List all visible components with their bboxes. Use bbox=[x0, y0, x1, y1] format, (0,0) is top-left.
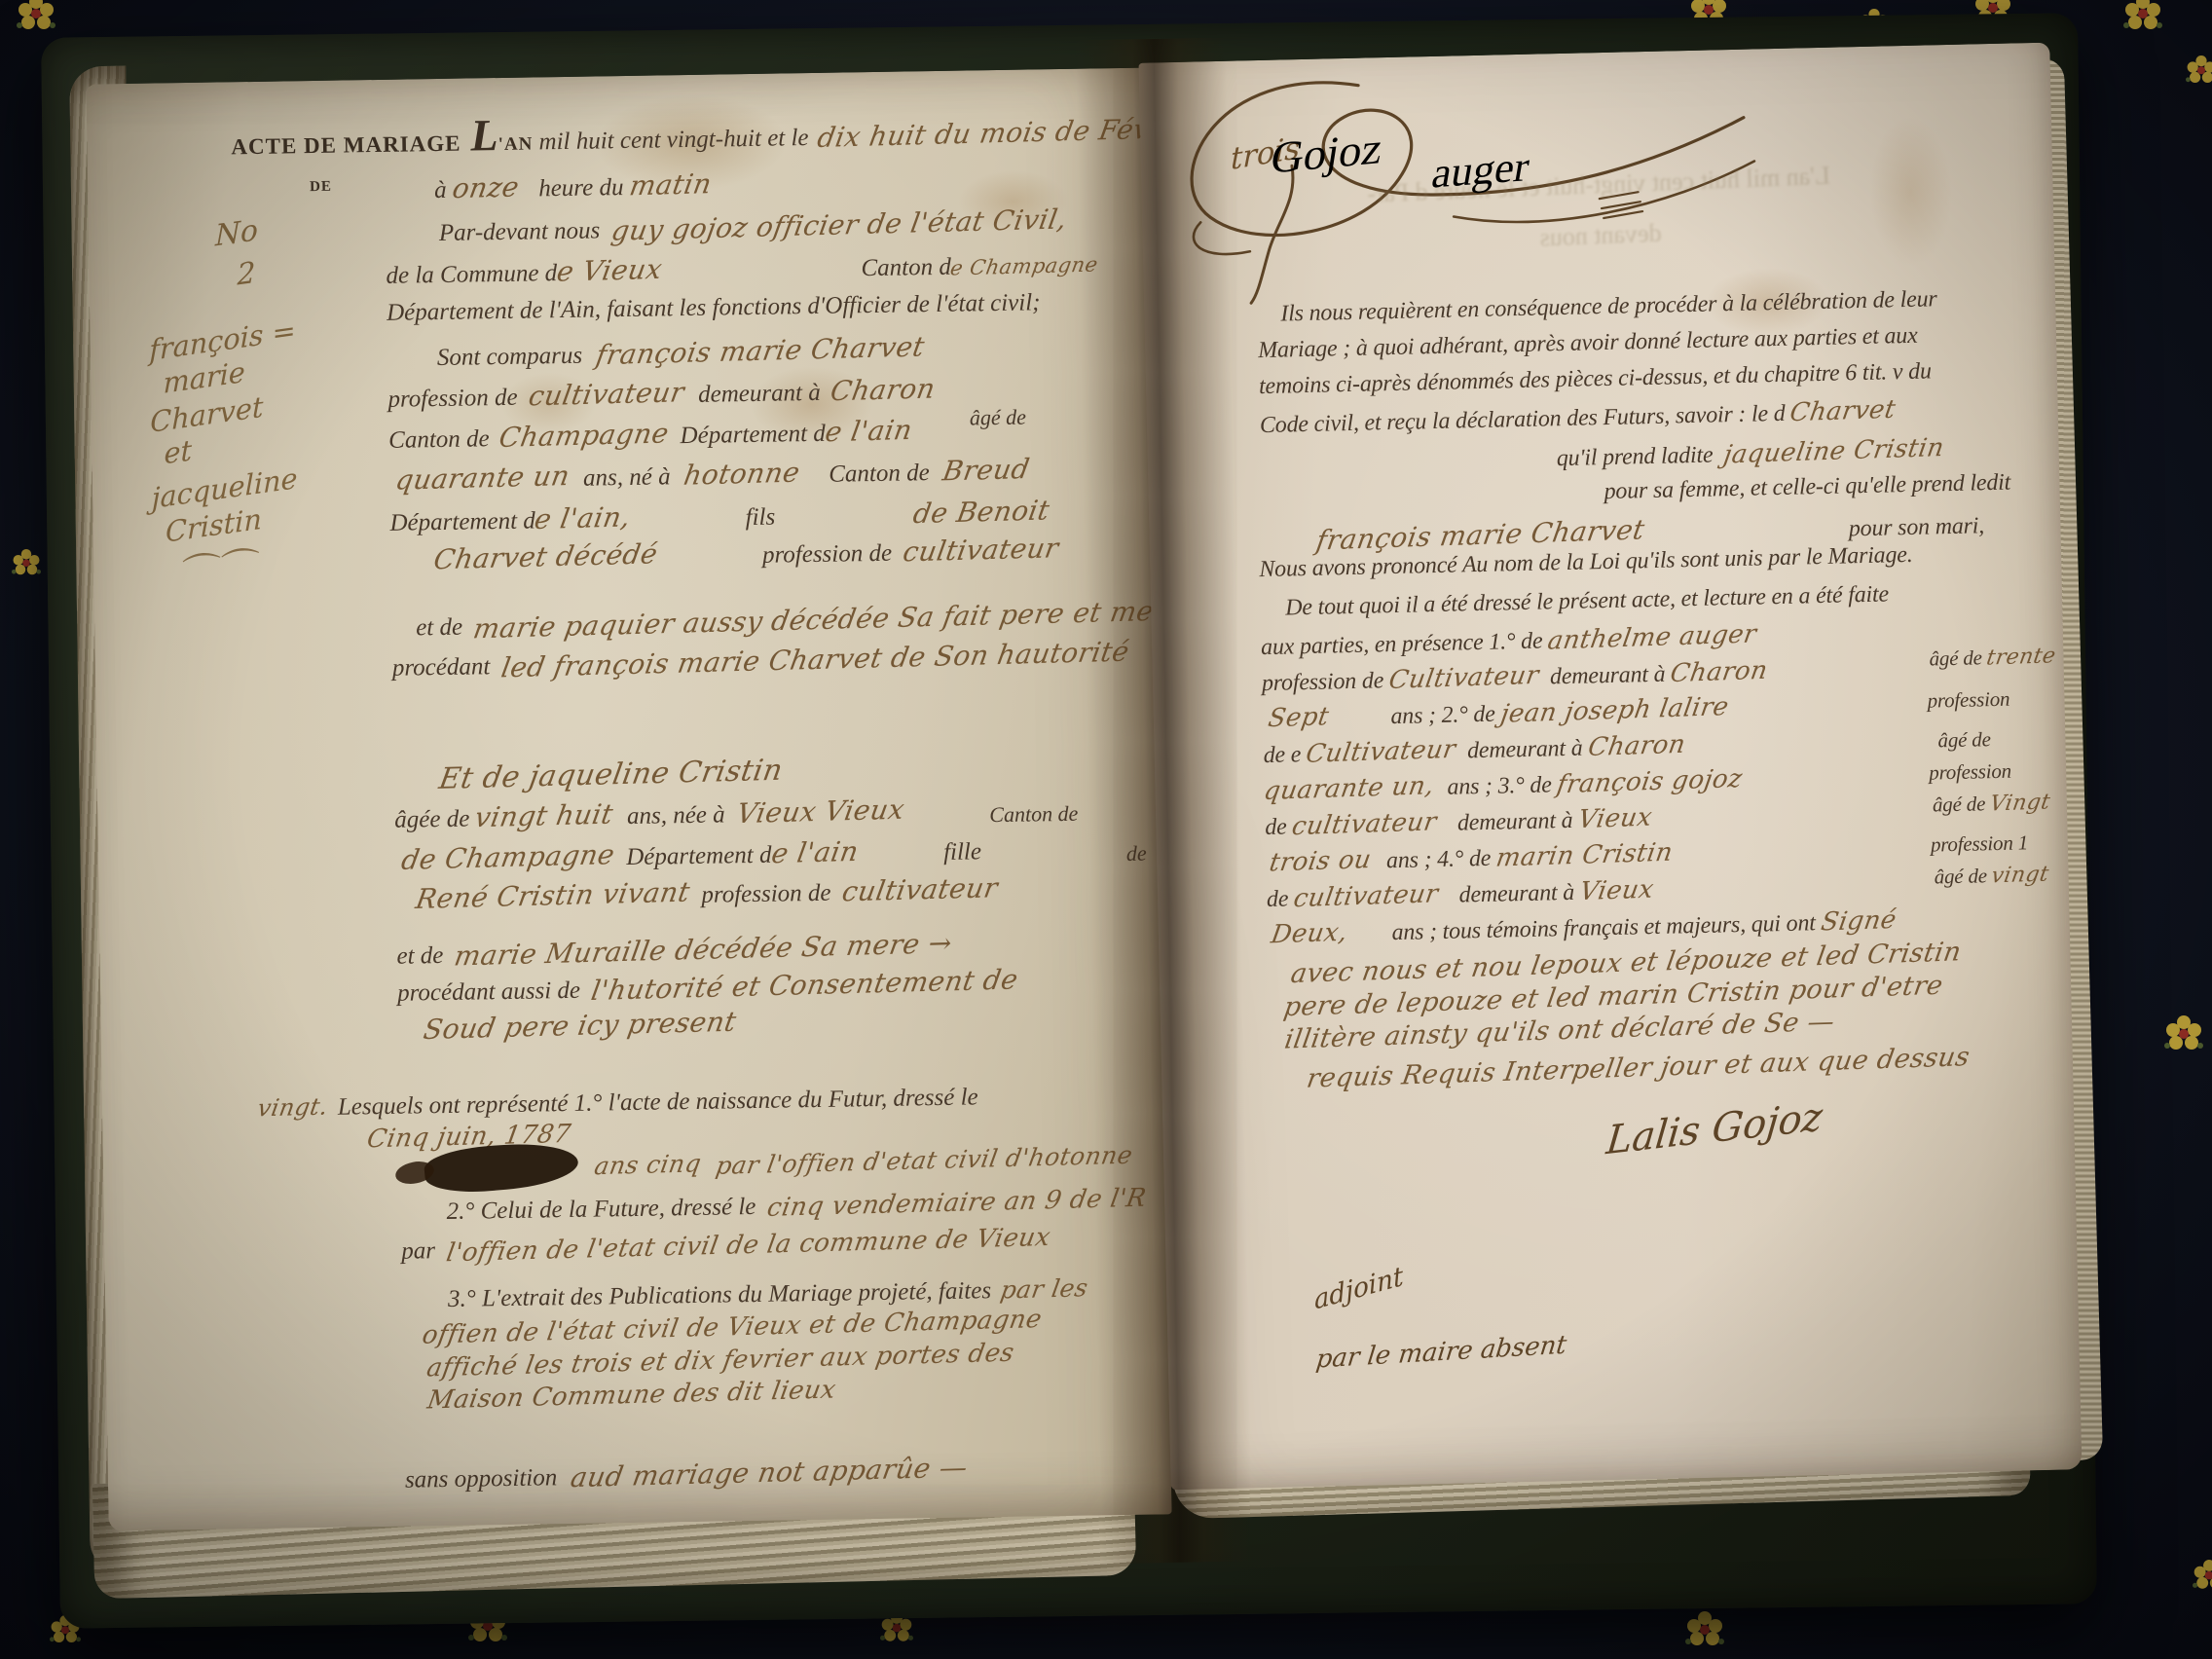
text-line: trois ou ans ; 4.° de marin Cristin bbox=[1270, 839, 1673, 877]
printed-text: Mariage ; à quoi adhérant, après avoir d… bbox=[1258, 323, 1918, 363]
text-line: et de marie Muraille décédée Sa mere → bbox=[396, 930, 951, 971]
photo-of-marriage-register: ACTE DE MARIAGEL'AN mil huit cent vingt-… bbox=[0, 0, 2212, 1659]
printed-text: profession bbox=[1927, 687, 2009, 713]
handwritten-text: matin bbox=[627, 167, 714, 202]
printed-text: demeurant à bbox=[692, 380, 828, 408]
text-line: âgé de bbox=[1937, 727, 1991, 753]
text-line: profession de cultivateur demeurant à Ch… bbox=[387, 373, 935, 414]
text-line: Maison Commune des dit lieux bbox=[427, 1378, 835, 1414]
text-line: Charvet décédéprofession de cultivateur bbox=[434, 533, 1059, 574]
handwritten-text: cultivateur bbox=[901, 532, 1061, 568]
margin-flourish: ⌒⌒ bbox=[180, 535, 264, 600]
text-line: de bbox=[1126, 841, 1147, 866]
printed-text: demeurant à bbox=[1448, 880, 1580, 908]
printed-text: Code civil, et reçu la déclaration des F… bbox=[1260, 401, 1791, 438]
handwritten-text: Breud bbox=[940, 453, 1032, 487]
handwritten-text: Charon bbox=[1586, 730, 1687, 762]
handwritten-text: Signé bbox=[1819, 905, 1899, 938]
printed-text: de bbox=[1126, 841, 1147, 866]
handwritten-text: ans cinq bbox=[592, 1149, 703, 1180]
printed-text: aux parties, en présence 1.° de bbox=[1261, 628, 1549, 660]
printed-text: Département d bbox=[620, 842, 772, 870]
printed-text: Canton d bbox=[861, 254, 951, 281]
printed-text: profession de bbox=[762, 540, 899, 569]
printed-text: L bbox=[470, 110, 498, 160]
handwritten-text: e Vieux bbox=[554, 253, 664, 288]
handwritten-text: e l'ain bbox=[823, 414, 914, 448]
fabric-flower-motif bbox=[1682, 1608, 1727, 1653]
printed-text: et de bbox=[416, 614, 469, 642]
handwritten-text: vingt. bbox=[256, 1092, 331, 1122]
handwritten-text: marin Cristin bbox=[1493, 838, 1675, 873]
fabric-flower-motif bbox=[2120, 0, 2165, 37]
printed-text: ACTE DE MARIAGE bbox=[231, 131, 461, 160]
handwritten-text: Vieux Vieux bbox=[734, 793, 906, 830]
text-line: quarante un, ans ; 3.° de françois gojoz bbox=[1264, 765, 1742, 805]
handwritten-text: vingt bbox=[1990, 862, 2051, 888]
printed-text: heure du bbox=[527, 174, 630, 203]
printed-text: qu'il prend ladite bbox=[1557, 442, 1719, 471]
printed-text: âgé de bbox=[970, 405, 1026, 430]
printed-text: procédant bbox=[392, 653, 497, 682]
printed-text: fils bbox=[745, 504, 775, 531]
text-line: pour sa femme, et celle-ci qu'elle prend… bbox=[1604, 470, 2010, 505]
text-line: temoins ci-après dénommés des pièces ci-… bbox=[1259, 358, 1932, 400]
right-page: trois L'an mil huit cent vingt-huit et l… bbox=[1138, 43, 2082, 1491]
printed-text: pour sa femme, et celle-ci qu'elle prend… bbox=[1604, 470, 2010, 504]
handwritten-text: jean joseph lalire bbox=[1498, 692, 1731, 729]
printed-text: Canton de bbox=[829, 460, 936, 488]
text-line: Soud pere icy present bbox=[424, 1007, 736, 1044]
handwritten-text: quarante un bbox=[393, 460, 572, 497]
text-line: et de marie paquier aussy décédée Sa fai… bbox=[416, 598, 1183, 642]
printed-text: demeurant à bbox=[1461, 736, 1589, 764]
printed-text: fille bbox=[943, 838, 981, 866]
text-line: De tout quoi il a été dressé le présent … bbox=[1285, 581, 1889, 621]
signature-gojoz: Gojoz bbox=[1268, 122, 1386, 184]
handwritten-text: Et de jaqueline Cristin bbox=[436, 754, 785, 796]
text-line: âgé de trente bbox=[1929, 645, 2056, 672]
printed-text: Sont comparus bbox=[437, 343, 589, 371]
printed-text: sans opposition bbox=[405, 1464, 564, 1493]
printed-text: de la Commune d bbox=[386, 260, 557, 289]
text-line: de cultivateur demeurant à Vieux bbox=[1265, 803, 1652, 841]
printed-text: DE bbox=[310, 179, 332, 195]
text-line: aux parties, en présence 1.° de anthelme… bbox=[1261, 621, 1756, 662]
handwritten-text: anthelme auger bbox=[1546, 619, 1759, 655]
text-line: procédant led françois marie Charvet de … bbox=[392, 639, 1128, 682]
printed-text: Canton de bbox=[989, 801, 1078, 827]
text-line: Département de l'Ain, faisant les foncti… bbox=[387, 289, 1041, 327]
handwritten-text: l'hutorité et Consentement de bbox=[589, 963, 1020, 1007]
text-line: de cultivateur demeurant à Vieux bbox=[1267, 875, 1654, 913]
text-line: Par-devant nous guy gojoz officier de l'… bbox=[439, 205, 1067, 247]
text-line: Code civil, et reçu la déclaration des F… bbox=[1260, 395, 1897, 439]
margin-record-number: 2 bbox=[238, 256, 256, 293]
text-line: âgé de Vingt bbox=[1933, 791, 2050, 818]
text-line: profession de Cultivateur demeurant à Ch… bbox=[1262, 656, 1768, 697]
printed-text: ans, né à bbox=[577, 463, 677, 492]
fabric-flower-motif bbox=[10, 547, 44, 581]
printed-text: de bbox=[1265, 814, 1293, 840]
printed-text: ans, née à bbox=[621, 801, 732, 829]
text-line: Canton de bbox=[989, 801, 1078, 828]
handwritten-text: Charvet décédé bbox=[431, 537, 660, 575]
handwritten-text: hotonne bbox=[682, 457, 802, 492]
handwritten-text: cultivateur bbox=[1290, 807, 1439, 841]
text-line: requis Requis Interpeller jour et aux qu… bbox=[1308, 1046, 1970, 1090]
printed-text: Lesquels ont représenté 1.° l'acte de na… bbox=[331, 1084, 977, 1120]
printed-text: temoins ci-après dénommés des pièces ci-… bbox=[1259, 358, 1932, 399]
handwritten-text: e l'ain bbox=[769, 835, 861, 869]
handwritten-text: trente bbox=[1985, 644, 2058, 670]
handwritten-text: Deux, bbox=[1269, 918, 1349, 950]
text-line: à onze heure du matin bbox=[434, 168, 712, 204]
printed-text: et de bbox=[396, 942, 450, 970]
printed-text: âgé de bbox=[1933, 792, 1991, 816]
fabric-flower-motif bbox=[2184, 54, 2212, 90]
handwritten-text: cultivateur bbox=[840, 871, 1001, 907]
text-line: profession 1 bbox=[1931, 830, 2029, 857]
text-line: qu'il prend ladite jaqueline Cristin bbox=[1556, 434, 1944, 472]
left-page: ACTE DE MARIAGEL'AN mil huit cent vingt-… bbox=[86, 68, 1171, 1531]
text-line: quarante un ans, né à hotonneCanton de B… bbox=[396, 453, 1030, 495]
printed-text: demeurant à bbox=[1446, 808, 1578, 836]
printed-text: âgé de bbox=[1929, 645, 1987, 670]
printed-text: pour son mari, bbox=[1849, 513, 1985, 541]
text-line: René Cristin vivant profession de cultiv… bbox=[416, 872, 998, 913]
printed-text: âgé de bbox=[1934, 864, 1992, 888]
text-line: de la Commune de VieuxCanton de Champagn… bbox=[386, 246, 1098, 289]
text-line: Sont comparus françois marie Charvet bbox=[437, 332, 924, 372]
printed-text: demeurant à bbox=[1544, 662, 1672, 690]
text-line: profession bbox=[1927, 687, 2009, 714]
text-line: procédant aussi de l'hutorité et Consent… bbox=[397, 966, 1018, 1008]
handwritten-text: quarante un, bbox=[1262, 771, 1436, 806]
margin-no-label: No bbox=[215, 213, 258, 253]
handwritten-text: trois ou bbox=[1268, 845, 1374, 878]
printed-text: 'AN bbox=[498, 133, 533, 155]
handwritten-text: Cultivateur bbox=[1386, 661, 1540, 695]
text-line: profession bbox=[1929, 759, 2011, 786]
text-line: ACTE DE MARIAGEL'AN mil huit cent vingt-… bbox=[231, 114, 1202, 162]
printed-text: mil huit cent vingt-huit et le bbox=[533, 125, 815, 156]
text-line: 2.° Celui de la Future, dressé le cinq v… bbox=[446, 1186, 1146, 1226]
text-line: Mariage ; à quoi adhérant, après avoir d… bbox=[1258, 323, 1918, 364]
printed-text: profession de bbox=[387, 385, 524, 413]
text-line: âgée de vingt huit ans, née à Vieux Vieu… bbox=[394, 794, 904, 834]
handwritten-text: de Champagne bbox=[399, 838, 617, 876]
printed-text: De tout quoi il a été dressé le présent … bbox=[1285, 581, 1889, 620]
printed-text: Ils nous requièrent en conséquence de pr… bbox=[1280, 286, 1937, 326]
handwritten-text: e l'ain, bbox=[533, 500, 634, 535]
printed-text: ans ; tous témoins français et majeurs, … bbox=[1385, 910, 1821, 945]
text-line: sans opposition aud mariage not apparûe … bbox=[405, 1454, 967, 1494]
right-page-text: Ils nous requièrent en conséquence de pr… bbox=[1138, 43, 2082, 1491]
printed-text: de e bbox=[1263, 742, 1307, 768]
text-line: âgé de vingt bbox=[1934, 863, 2048, 890]
printed-text: 2.° Celui de la Future, dressé le bbox=[446, 1194, 761, 1225]
printed-text: profession de bbox=[695, 880, 837, 908]
text-line: de e Cultivateur demeurant à Charon bbox=[1263, 730, 1685, 769]
fabric-flower-motif bbox=[14, 0, 58, 37]
printed-text: procédant aussi de bbox=[397, 977, 587, 1007]
handwritten-text: françois marie Charvet bbox=[593, 330, 926, 371]
printed-text: Département d bbox=[674, 421, 826, 449]
handwritten-text: led françois marie Charvet de Son hautor… bbox=[498, 636, 1131, 684]
handwritten-text: onze bbox=[450, 170, 521, 204]
printed-text: Département de l'Ain, faisant les foncti… bbox=[387, 289, 1041, 326]
handwritten-text: Charvet bbox=[1788, 395, 1899, 428]
handwritten-text: Charon bbox=[1669, 656, 1770, 688]
text-line: Sept ans ; 2.° de jean joseph lalire bbox=[1268, 693, 1728, 733]
printed-text: Canton de bbox=[388, 425, 496, 454]
handwritten-text: aud mariage not apparûe — bbox=[568, 1451, 970, 1493]
text-line: de Champagne Département de l'ainfille bbox=[402, 833, 982, 874]
printed-text: ans ; 2.° de bbox=[1384, 702, 1500, 730]
printed-text: profession de bbox=[1262, 668, 1390, 696]
handwritten-text: françois gojoz bbox=[1555, 764, 1745, 799]
margin-party-name: et bbox=[164, 433, 192, 470]
handwritten-text: vingt huit bbox=[473, 797, 616, 833]
handwritten-text: jaqueline Cristin bbox=[1722, 433, 1947, 470]
fabric-flower-motif bbox=[2161, 1013, 2206, 1057]
handwritten-text: guy gojoz officier de l'état Civil, bbox=[608, 203, 1069, 246]
handwritten-text: e Champagne bbox=[949, 253, 1100, 280]
handwritten-text: René Cristin vivant bbox=[414, 876, 693, 915]
handwritten-text: Vieux bbox=[1577, 875, 1655, 907]
handwritten-text: de Benoit bbox=[910, 494, 1051, 530]
handwritten-text: cultivateur bbox=[527, 376, 687, 412]
handwritten-text: marie Muraille décédée Sa mere → bbox=[452, 927, 954, 972]
printed-text: profession 1 bbox=[1931, 830, 2029, 856]
printed-text: de bbox=[1267, 886, 1295, 912]
fabric-flower-motif bbox=[2190, 1557, 2212, 1595]
handwritten-text: l'offien de l'etat civil de la commune d… bbox=[444, 1223, 1052, 1268]
text-line: DE bbox=[310, 178, 332, 196]
handwritten-text: Sept bbox=[1266, 702, 1331, 733]
signature-auger: auger bbox=[1428, 141, 1533, 199]
handwritten-text: par l'offien d'etat civil d'hotonne bbox=[714, 1141, 1134, 1180]
handwritten-text: Vingt bbox=[1988, 790, 2052, 816]
handwritten-text: Cultivateur bbox=[1304, 735, 1457, 769]
handwritten-text: Charon bbox=[828, 372, 938, 407]
handwritten-text: Soud pere icy present bbox=[422, 1006, 739, 1046]
text-line: Canton de Champagne Département de l'ain bbox=[388, 414, 912, 454]
printed-text: âgée de bbox=[394, 805, 476, 832]
printed-text: âgé de bbox=[1937, 727, 1991, 752]
text-line: Ils nous requièrent en conséquence de pr… bbox=[1280, 286, 1937, 327]
text-line: par l'offien de l'etat civil de la commu… bbox=[401, 1226, 1050, 1265]
text-line: âgé de bbox=[970, 405, 1026, 431]
printed-text: par bbox=[401, 1237, 441, 1265]
text-line: Et de jaqueline Cristin bbox=[439, 756, 782, 795]
printed-text: Par-devant nous bbox=[439, 217, 607, 246]
text-line: vingt. Lesquels ont représenté 1.° l'act… bbox=[258, 1083, 978, 1123]
printed-text: profession bbox=[1929, 759, 2011, 785]
handwritten-text: par les bbox=[999, 1273, 1090, 1304]
text-line: Département de l'ain,filsde Benoit bbox=[389, 495, 1049, 537]
printed-text: Département d bbox=[389, 507, 535, 535]
handwritten-text: cultivateur bbox=[1292, 879, 1441, 913]
handwritten-text: cinq vendemiaire an 9 de l'R bbox=[765, 1184, 1149, 1223]
printed-text: ans ; 3.° de bbox=[1441, 772, 1557, 800]
handwritten-text: Vieux bbox=[1576, 803, 1654, 835]
handwritten-text: Champagne bbox=[497, 417, 671, 454]
printed-text: ans ; 4.° de bbox=[1381, 846, 1496, 874]
